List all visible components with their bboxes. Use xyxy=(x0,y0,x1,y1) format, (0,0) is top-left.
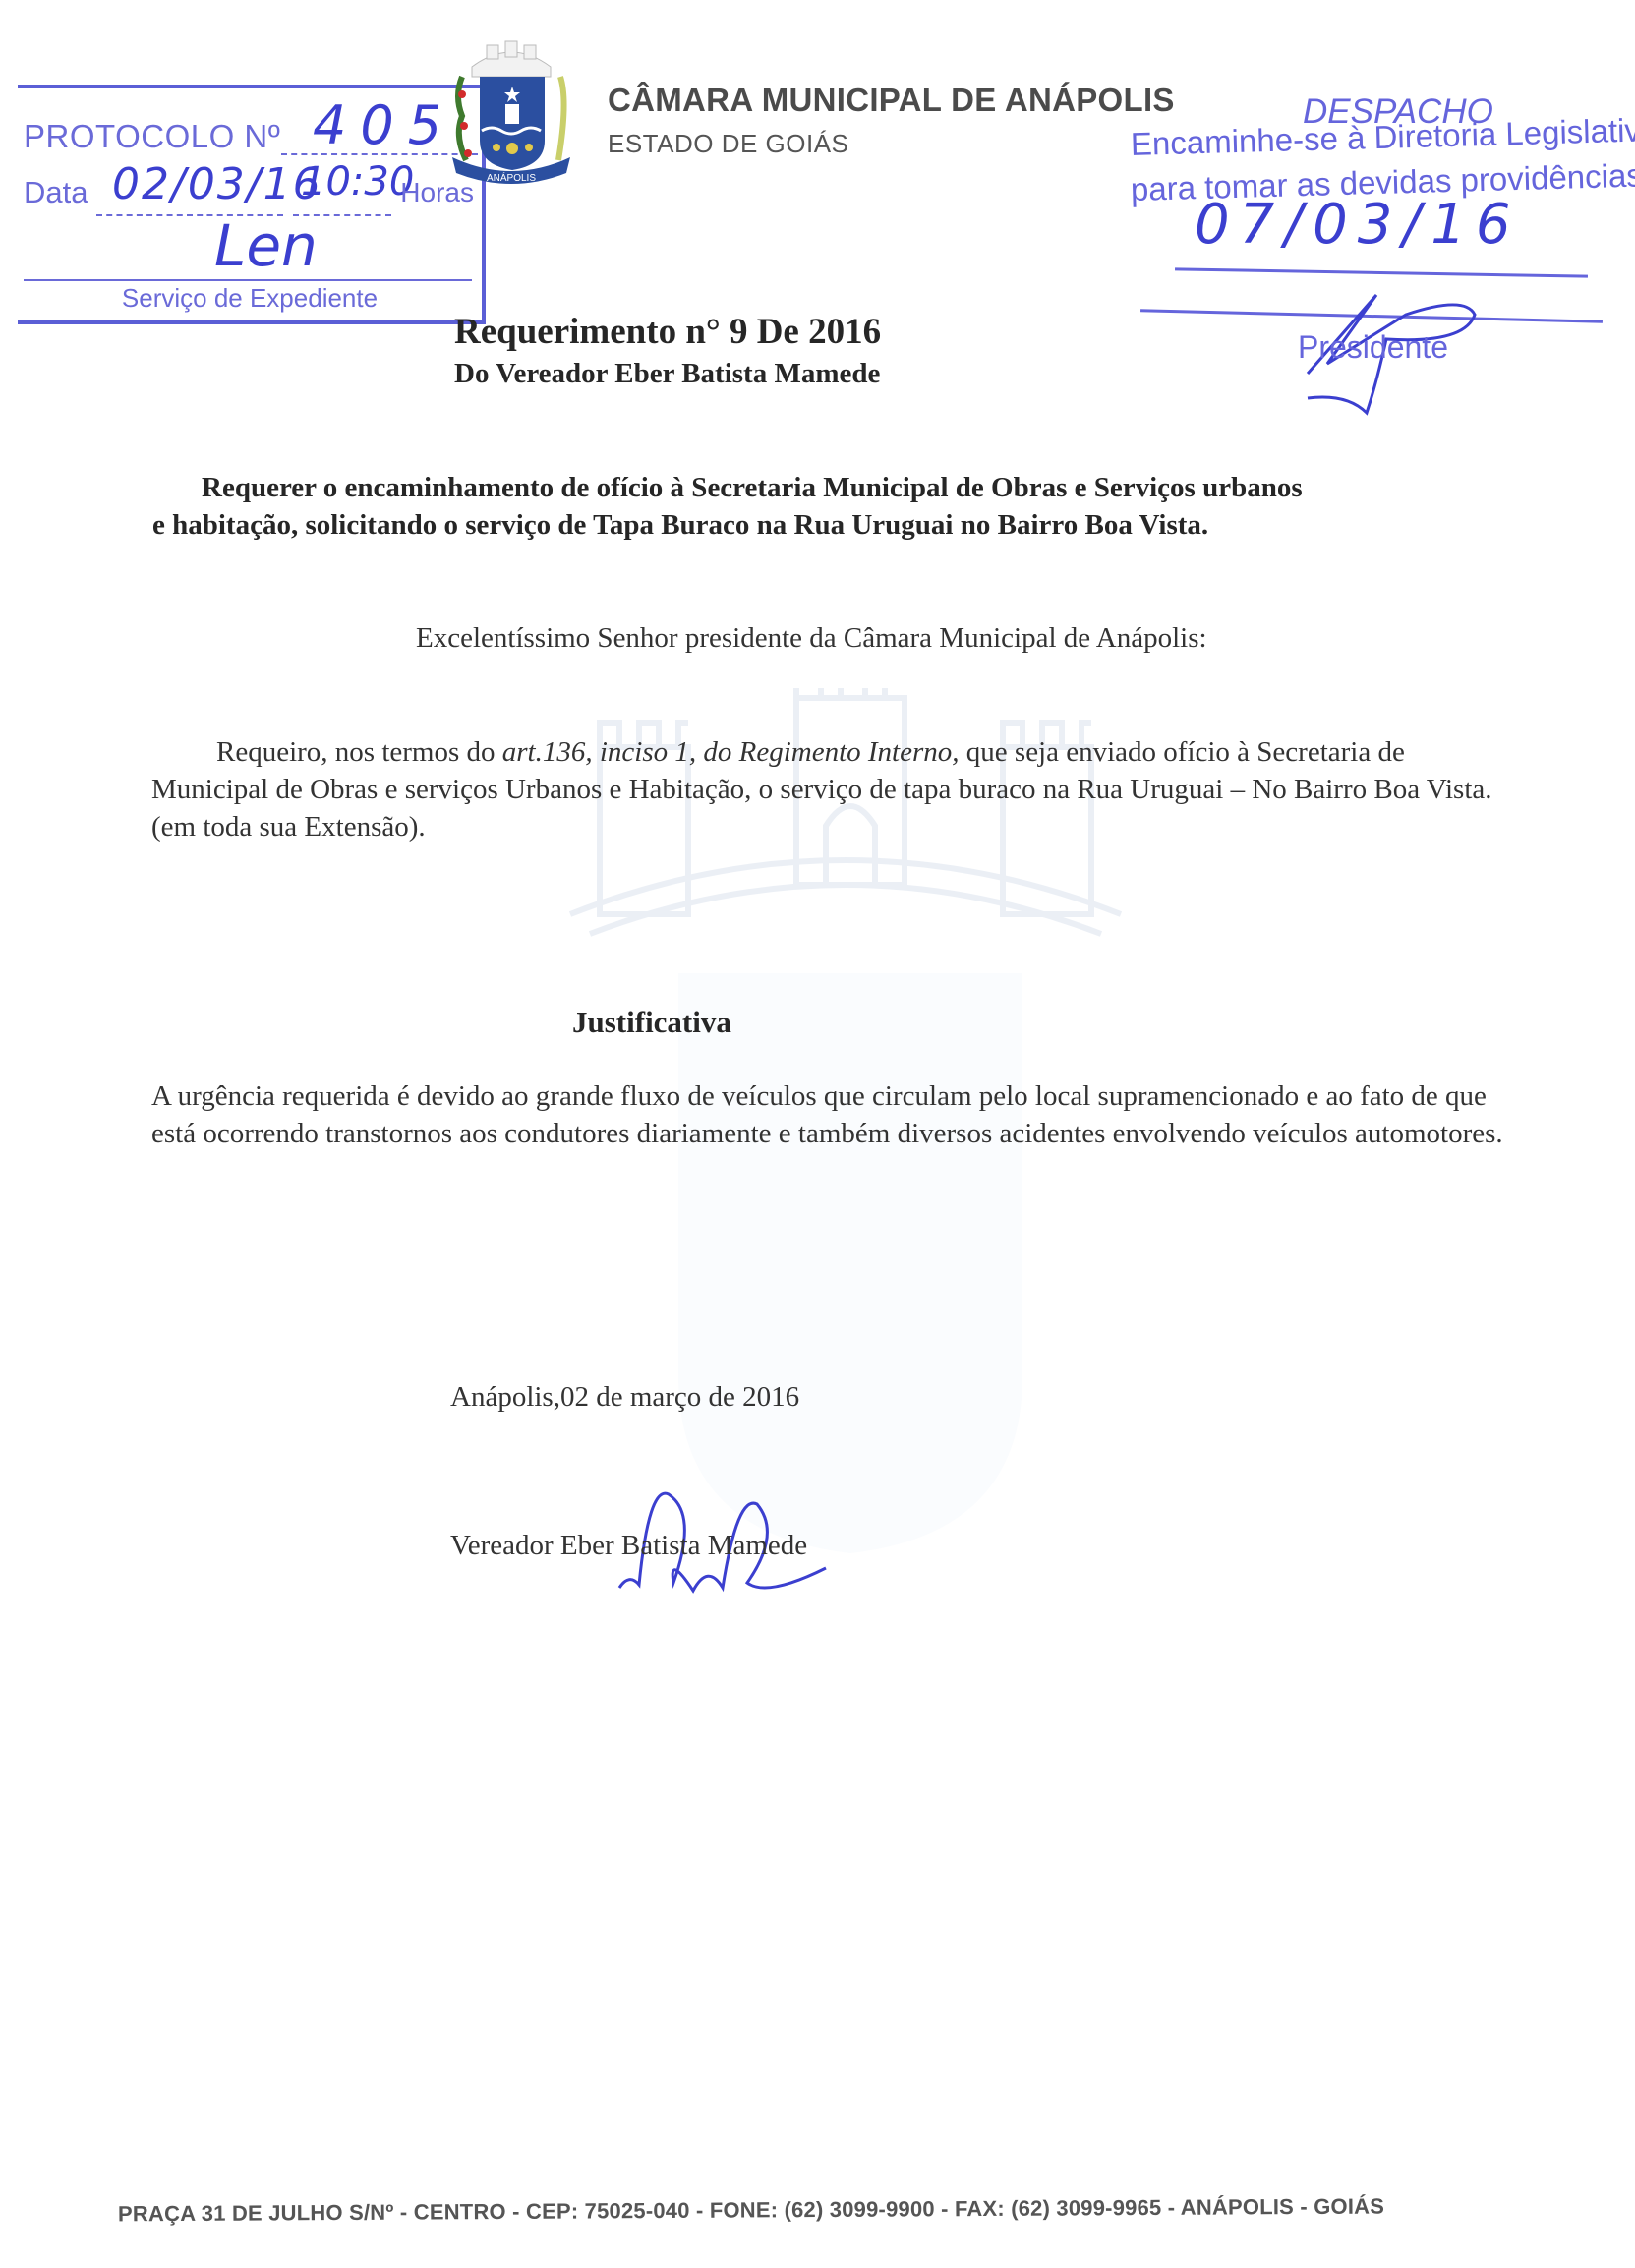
place-and-date: Anápolis,02 de março de 2016 xyxy=(450,1381,799,1414)
request-body: Requeiro, nos termos do art.136, inciso … xyxy=(151,733,1508,845)
summary-line-2: e habitação, solicitando o serviço de Ta… xyxy=(152,506,1489,544)
summary-line-1: Requerer o encaminhamento de ofício à Se… xyxy=(152,469,1489,506)
svg-text:ANÁPOLIS: ANÁPOLIS xyxy=(487,171,536,184)
signer-name: Vereador Eber Batista Mamede xyxy=(450,1530,807,1562)
despacho-line-1: Encaminhe-se à Diretoria Legislativa xyxy=(1130,111,1635,163)
protocol-label: PROTOCOLO Nº xyxy=(24,118,280,155)
justification-text: A urgência requerida é devido ao grande … xyxy=(151,1077,1508,1152)
protocol-time-value: 10:30 xyxy=(301,159,414,204)
protocol-stamp: PROTOCOLO Nº 405 Data 02/03/16 10:30 Hor… xyxy=(18,85,486,324)
coat-of-arms-icon: ANÁPOLIS xyxy=(442,37,580,197)
justification-heading: Justificativa xyxy=(572,1005,731,1040)
document-title: Requerimento n° 9 De 2016 xyxy=(454,311,881,353)
protocol-date-label: Data xyxy=(24,175,88,210)
body-legal-reference: art.136, inciso 1, do Regimento Interno, xyxy=(502,736,960,768)
despacho-date: 07/03/16 xyxy=(1195,193,1521,257)
institution-name: CÂMARA MUNICIPAL DE ANÁPOLIS xyxy=(608,82,1175,119)
protocol-service-label: Serviço de Expediente xyxy=(18,283,482,314)
document-author: Do Vereador Eber Batista Mamede xyxy=(454,358,880,390)
document-summary: Requerer o encaminhamento de ofício à Se… xyxy=(152,469,1489,544)
protocol-number: 405 xyxy=(313,94,455,156)
protocol-date-value: 02/03/16 xyxy=(112,159,322,209)
institution-state: ESTADO DE GOIÁS xyxy=(608,129,848,159)
salutation: Excelentíssimo Senhor presidente da Câma… xyxy=(416,622,1207,655)
despacho-president-label: Presidente xyxy=(1298,329,1448,366)
footer-address: PRAÇA 31 DE JULHO S/Nº - CENTRO - CEP: 7… xyxy=(118,2193,1534,2228)
protocol-initials: Len xyxy=(214,212,318,279)
body-prefix: Requeiro, nos termos do xyxy=(216,736,502,768)
